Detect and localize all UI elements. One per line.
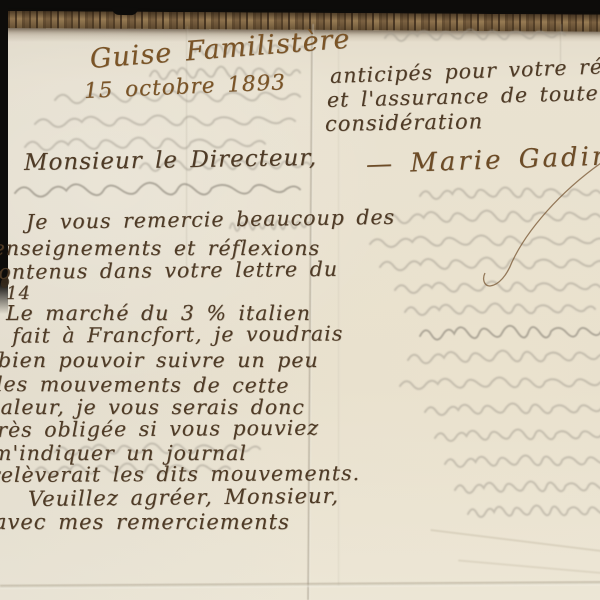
page-edge-notch bbox=[112, 7, 138, 16]
paragraph2-line: se fait à Francfort, je voudrais bbox=[0, 321, 343, 348]
letter-salutation: Monsieur le Directeur, bbox=[24, 145, 318, 176]
paragraph2-line: les mouvements de cette bbox=[0, 372, 290, 398]
closing-line: avec mes remerciements bbox=[0, 510, 290, 534]
paragraph2-line: très obligée si vous pouviez bbox=[0, 416, 319, 442]
closing-line: Veuillez agréer, Monsieur, bbox=[28, 484, 339, 511]
letter-scan: Guise Familistère 15 octobre 1893 Monsie… bbox=[0, 0, 600, 600]
signature-dash: — bbox=[365, 149, 395, 180]
paragraph1-line: renseignements et réflexions bbox=[0, 236, 320, 260]
paragraph2-line: bien pouvoir suivre un peu bbox=[0, 348, 319, 372]
paragraph1-line: contenus dans votre lettre du bbox=[0, 257, 338, 284]
continuation-line: considération bbox=[325, 109, 484, 136]
